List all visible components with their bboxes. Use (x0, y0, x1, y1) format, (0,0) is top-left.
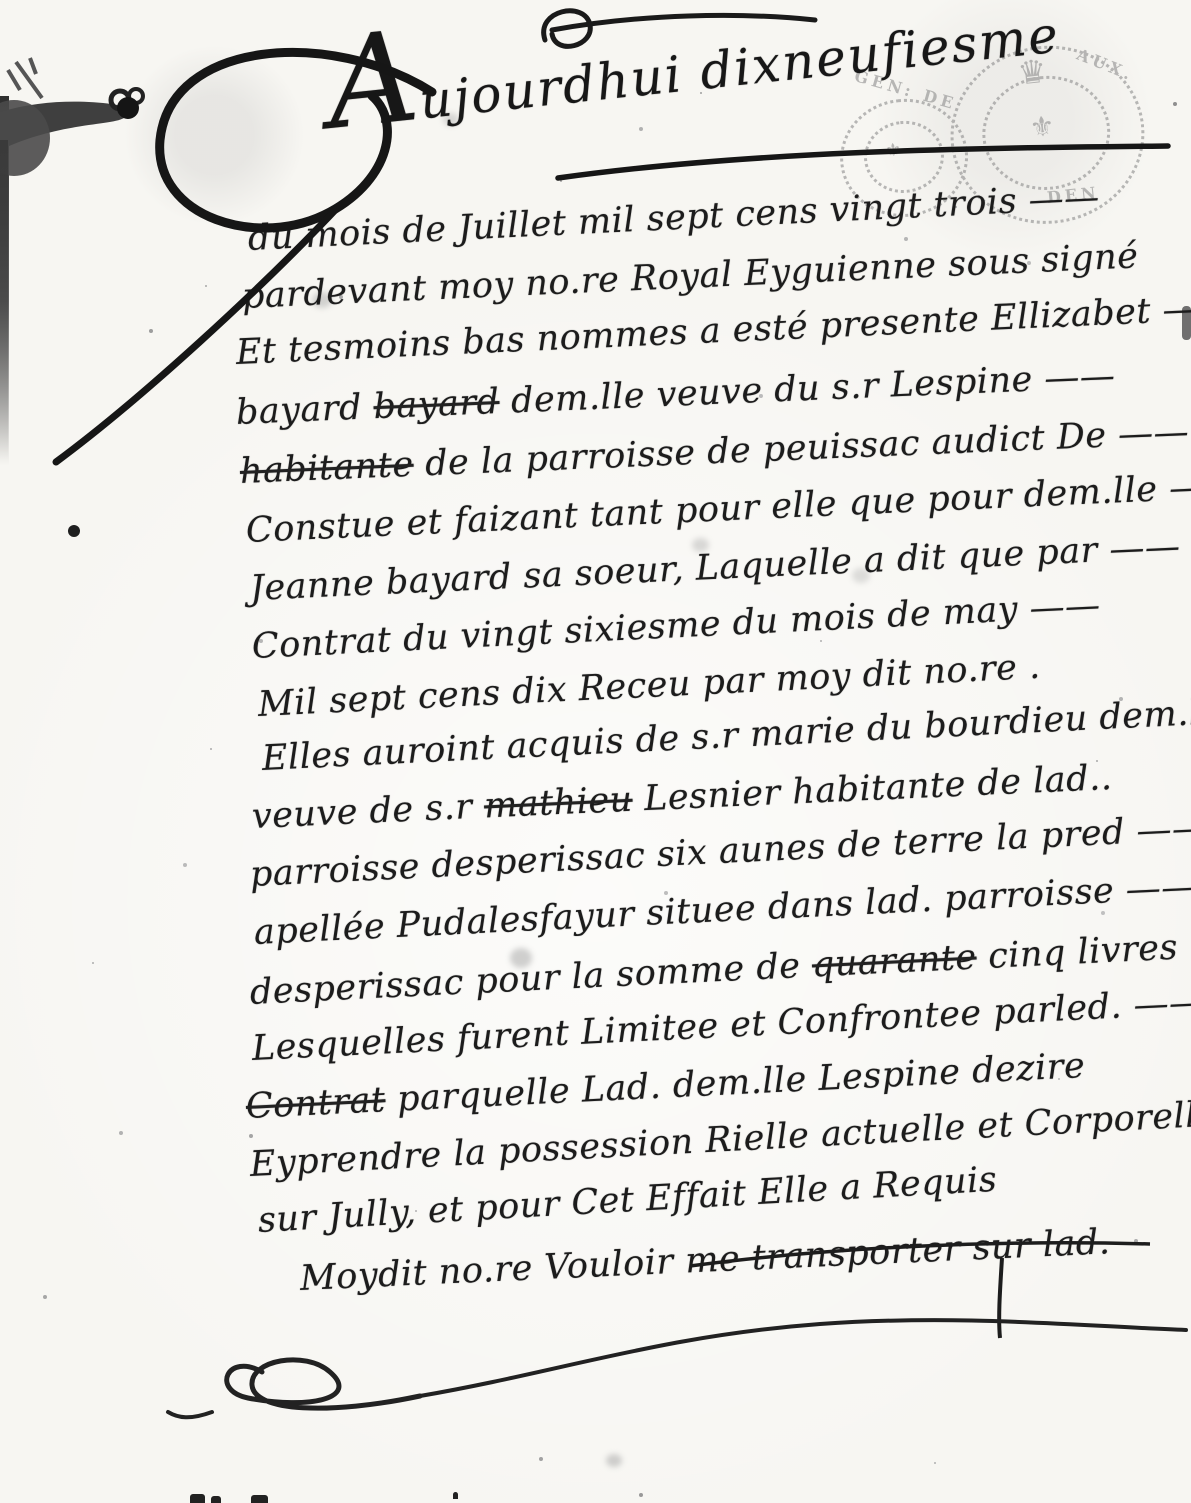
descender-stroke (999, 1258, 1002, 1338)
ink-dot (68, 525, 80, 537)
paper-specks (0, 0, 2, 2)
ink-smudge (606, 1454, 622, 1467)
closing-flourish (168, 1320, 1186, 1417)
fleur-de-lis-icon: ⚜ (884, 139, 902, 162)
manuscript-page: GEN: DE AUX. DEN ♛ ⚜ ⚜ Aujourdhui dixneu… (0, 0, 1191, 1503)
binding-mark (0, 58, 143, 460)
truncated-text-fragment (185, 1492, 485, 1503)
manuscript-line: Moydit no.re Vouloir me transporter sur … (299, 1225, 1111, 1297)
left-edge-stain (0, 96, 9, 466)
fleur-de-lis-icon: ⚜ (1028, 109, 1056, 144)
